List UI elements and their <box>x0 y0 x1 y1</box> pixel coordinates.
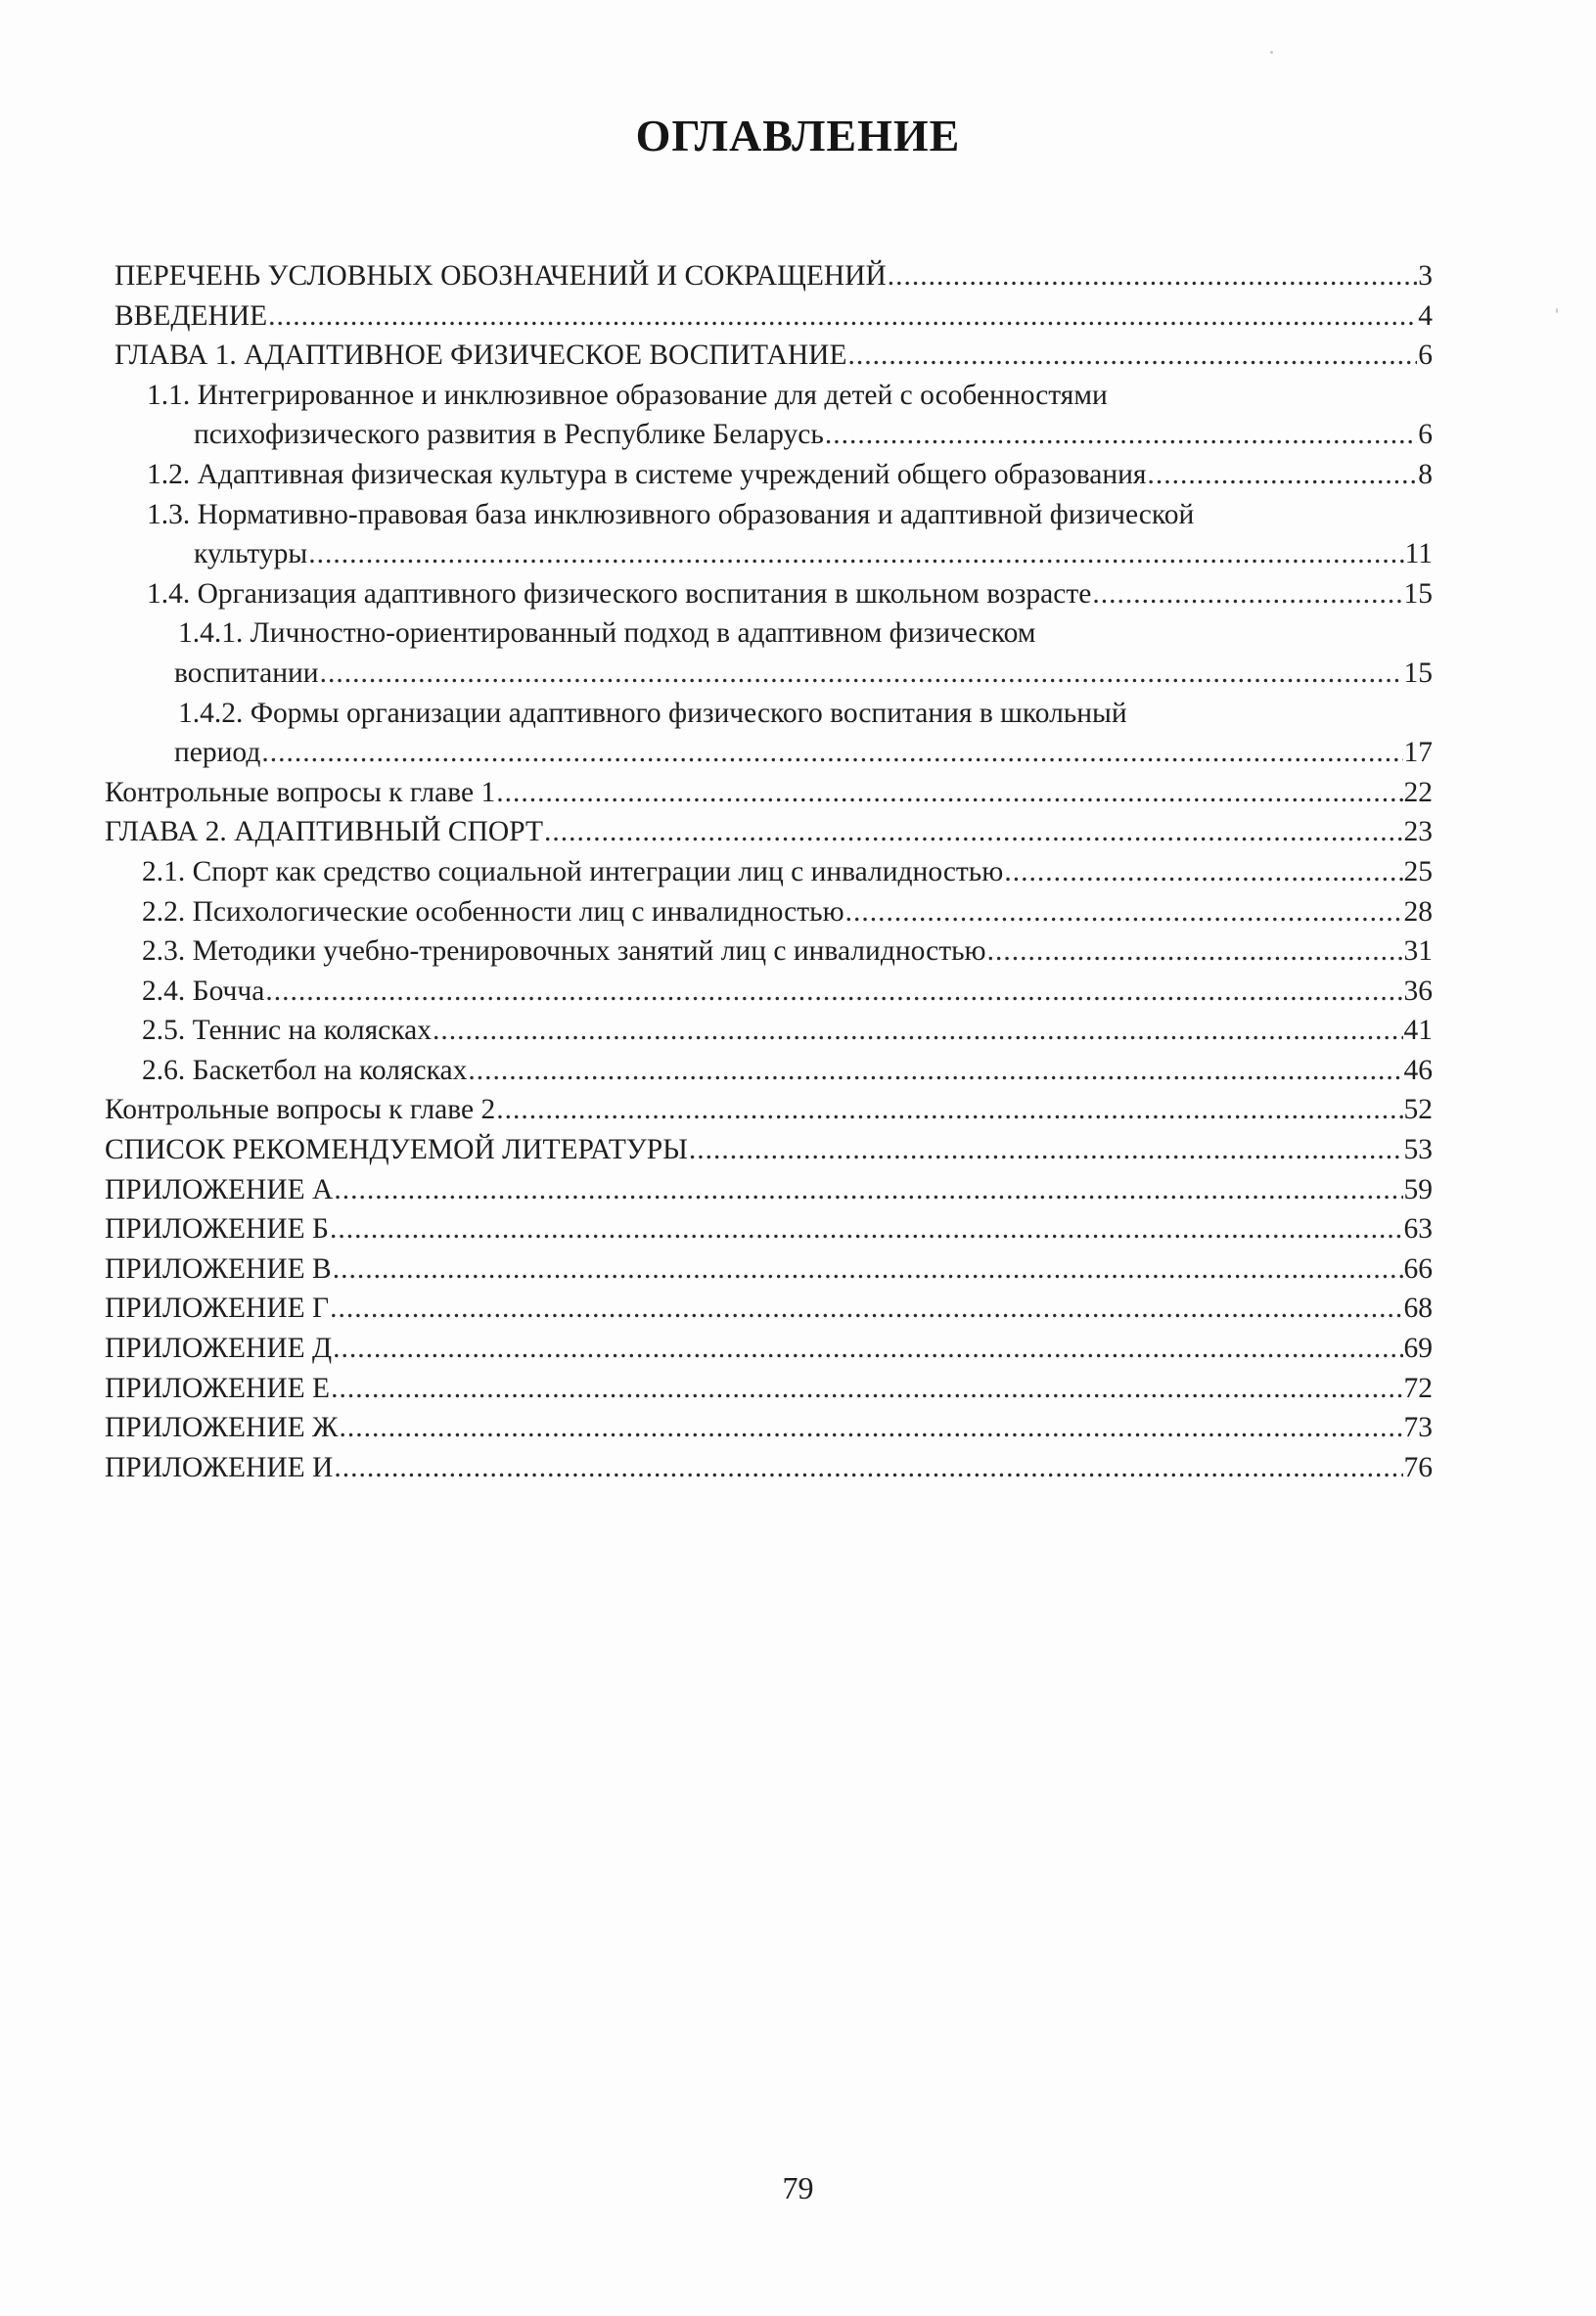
toc-entry-page: 8 <box>1418 455 1433 495</box>
toc-entry-title: 1.3. Нормативно-правовая база инклюзивно… <box>147 495 1194 535</box>
dot-leader <box>331 1369 1402 1409</box>
dot-leader <box>320 654 1403 694</box>
toc-entry[interactable]: 2.1. Спорт как средство социальной интег… <box>114 852 1433 892</box>
toc-entry[interactable]: ГЛАВА 1. АДАПТИВНОЕ ФИЗИЧЕСКОЕ ВОСПИТАНИ… <box>114 336 1433 376</box>
toc-entry-title: 2.4. Бочча <box>142 972 264 1012</box>
toc-entry-title: Контрольные вопросы к главе 2 <box>105 1090 495 1130</box>
toc-entry-page: 25 <box>1404 852 1434 892</box>
page-title: ОГЛАВЛЕНИЕ <box>0 110 1596 161</box>
toc-entry[interactable]: ПРИЛОЖЕНИЕ Г 68 <box>105 1289 1433 1329</box>
dot-leader <box>689 1130 1403 1170</box>
toc-entry-page: 23 <box>1404 812 1434 852</box>
toc-entry-page: 52 <box>1404 1090 1434 1130</box>
toc-entry-title: ПЕРЕЧЕНЬ УСЛОВНЫХ ОБОЗНАЧЕНИЙ И СОКРАЩЕН… <box>114 256 887 296</box>
dot-leader <box>268 296 1417 337</box>
toc-entry-title: 1.1. Интегрированное и инклюзивное образ… <box>147 376 1108 416</box>
toc-entry-page: 4 <box>1418 296 1433 337</box>
toc-entry[interactable]: ПРИЛОЖЕНИЕ В 66 <box>105 1249 1433 1290</box>
dot-leader <box>334 1170 1402 1210</box>
toc-entry[interactable]: 1.4.2. Формы организации адаптивного физ… <box>114 694 1433 734</box>
dot-leader <box>333 1249 1403 1290</box>
toc-entry-page: 59 <box>1404 1170 1434 1210</box>
toc-entry-continuation[interactable]: период 17 <box>114 733 1433 773</box>
toc-entry[interactable]: 2.3. Методики учебно-тренировочных занят… <box>114 931 1433 972</box>
toc-entry-title: 1.4.2. Формы организации адаптивного физ… <box>178 694 1127 734</box>
toc-entry-title: ГЛАВА 1. АДАПТИВНОЕ ФИЗИЧЕСКОЕ ВОСПИТАНИ… <box>114 336 847 376</box>
dot-leader <box>330 1209 1403 1249</box>
toc-entry[interactable]: ПЕРЕЧЕНЬ УСЛОВНЫХ ОБОЗНАЧЕНИЙ И СОКРАЩЕН… <box>114 256 1433 296</box>
toc-entry-title: ПРИЛОЖЕНИЕ И <box>105 1448 333 1488</box>
toc-entry[interactable]: 2.4. Бочча 36 <box>114 972 1433 1012</box>
toc-entry-title: ПРИЛОЖЕНИЕ Д <box>105 1329 332 1369</box>
toc-entry[interactable]: ВВЕДЕНИЕ 4 <box>114 296 1433 337</box>
toc-entry[interactable]: СПИСОК РЕКОМЕНДУЕМОЙ ЛИТЕРАТУРЫ 53 <box>105 1130 1433 1170</box>
toc-entry[interactable]: 1.3. Нормативно-правовая база инклюзивно… <box>114 495 1433 535</box>
dot-leader <box>1004 852 1402 892</box>
toc-entry-page: 11 <box>1405 534 1433 574</box>
toc-entry[interactable]: ПРИЛОЖЕНИЕ А 59 <box>105 1170 1433 1210</box>
toc-entry[interactable]: Контрольные вопросы к главе 1 22 <box>105 773 1433 813</box>
toc-entry[interactable]: 1.2. Адаптивная физическая культура в си… <box>114 455 1433 495</box>
dot-leader <box>330 1289 1402 1329</box>
toc-entry[interactable]: 1.4. Организация адаптивного физического… <box>114 574 1433 614</box>
toc-entry-title: ГЛАВА 2. АДАПТИВНЫЙ СПОРТ <box>105 812 543 852</box>
toc-entry-title: 2.6. Баскетбол на колясках <box>142 1051 467 1091</box>
toc-entry-title: ПРИЛОЖЕНИЕ Ж <box>105 1408 338 1448</box>
toc-entry-title: 1.4. Организация адаптивного физического… <box>147 574 1091 614</box>
toc-entry-title: ПРИЛОЖЕНИЕ А <box>105 1170 333 1210</box>
toc-entry[interactable]: ПРИЛОЖЕНИЕ И 76 <box>105 1448 1433 1488</box>
toc-entry[interactable]: 1.4.1. Личностно-ориентированный подход … <box>114 613 1433 654</box>
toc-entry[interactable]: 2.2. Психологические особенности лиц с и… <box>114 892 1433 932</box>
toc-entry-continuation[interactable]: культуры 11 <box>114 534 1433 574</box>
dot-leader <box>468 1051 1402 1091</box>
toc-entry-title: ПРИЛОЖЕНИЕ Е <box>105 1369 330 1409</box>
dot-leader <box>333 1329 1402 1369</box>
dot-leader <box>1148 455 1418 495</box>
toc-entry-title-cont: период <box>174 733 260 773</box>
dot-leader <box>987 931 1403 972</box>
dot-leader <box>339 1408 1402 1448</box>
dot-leader <box>334 1448 1402 1488</box>
toc-entry-page: 22 <box>1404 773 1434 813</box>
toc-entry[interactable]: ПРИЛОЖЕНИЕ Б 63 <box>105 1209 1433 1249</box>
dot-leader <box>544 812 1403 852</box>
toc-entry[interactable]: ГЛАВА 2. АДАПТИВНЫЙ СПОРТ 23 <box>105 812 1433 852</box>
toc-entry-page: 6 <box>1418 336 1433 376</box>
toc-entry-page: 15 <box>1404 574 1434 614</box>
toc-entry[interactable]: 2.5. Теннис на колясках 41 <box>114 1011 1433 1051</box>
dot-leader <box>496 773 1402 813</box>
toc-entry-title: ПРИЛОЖЕНИЕ Г <box>105 1289 329 1329</box>
dot-leader <box>888 256 1417 296</box>
toc-entry-page: 15 <box>1404 654 1434 694</box>
toc-entry-page: 36 <box>1404 972 1434 1012</box>
dot-leader <box>433 1011 1402 1051</box>
toc-entry-title: 2.3. Методики учебно-тренировочных занят… <box>142 931 986 972</box>
toc-entry-page: 41 <box>1404 1011 1434 1051</box>
toc-entry-title-cont: воспитании <box>174 654 319 694</box>
toc-entry-title: СПИСОК РЕКОМЕНДУЕМОЙ ЛИТЕРАТУРЫ <box>105 1130 688 1170</box>
toc-entry-title: Контрольные вопросы к главе 1 <box>105 773 495 813</box>
toc-entry[interactable]: ПРИЛОЖЕНИЕ Е 72 <box>105 1369 1433 1409</box>
toc-entry[interactable]: ПРИЛОЖЕНИЕ Ж 73 <box>105 1408 1433 1448</box>
dot-leader <box>261 733 1402 773</box>
toc-entry-page: 6 <box>1418 415 1433 455</box>
toc-entry[interactable]: 1.1. Интегрированное и инклюзивное образ… <box>114 376 1433 416</box>
toc-entry[interactable]: 2.6. Баскетбол на колясках 46 <box>114 1051 1433 1091</box>
dot-leader <box>1092 574 1402 614</box>
toc-entry-title-cont: психофизического развития в Республике Б… <box>194 415 824 455</box>
page-number: 79 <box>0 2170 1596 2206</box>
toc-entry-title: 1.4.1. Личностно-ориентированный подход … <box>178 613 1035 654</box>
table-of-contents: ПЕРЕЧЕНЬ УСЛОВНЫХ ОБОЗНАЧЕНИЙ И СОКРАЩЕН… <box>114 256 1433 1487</box>
toc-entry-page: 46 <box>1404 1051 1434 1091</box>
toc-entry-page: 66 <box>1404 1249 1434 1290</box>
toc-entry-page: 3 <box>1418 256 1433 296</box>
toc-entry-title: ПРИЛОЖЕНИЕ В <box>105 1249 332 1290</box>
toc-entry-title: ПРИЛОЖЕНИЕ Б <box>105 1209 329 1249</box>
toc-entry-page: 28 <box>1404 892 1434 932</box>
toc-entry-page: 72 <box>1404 1369 1434 1409</box>
dot-leader <box>496 1090 1402 1130</box>
toc-entry-page: 63 <box>1404 1209 1434 1249</box>
toc-entry[interactable]: Контрольные вопросы к главе 2 52 <box>105 1090 1433 1130</box>
dot-leader <box>308 534 1403 574</box>
toc-entry-page: 68 <box>1404 1289 1434 1329</box>
toc-entry-continuation[interactable]: психофизического развития в Республике Б… <box>114 415 1433 455</box>
toc-entry-continuation[interactable]: воспитании 15 <box>114 654 1433 694</box>
dot-leader <box>825 415 1417 455</box>
toc-entry-title: 2.1. Спорт как средство социальной интег… <box>142 852 1003 892</box>
toc-entry-page: 53 <box>1404 1130 1434 1170</box>
toc-entry-title: ВВЕДЕНИЕ <box>114 296 267 337</box>
scan-speck <box>1556 308 1558 313</box>
toc-entry-title: 2.5. Теннис на колясках <box>142 1011 432 1051</box>
toc-entry-page: 69 <box>1404 1329 1434 1369</box>
dot-leader <box>845 892 1403 932</box>
toc-entry-page: 73 <box>1404 1408 1434 1448</box>
toc-entry-title-cont: культуры <box>194 534 307 574</box>
toc-entry-page: 31 <box>1404 931 1434 972</box>
scan-speck <box>1270 51 1273 54</box>
toc-entry-title: 1.2. Адаптивная физическая культура в си… <box>147 455 1147 495</box>
dot-leader <box>265 972 1402 1012</box>
dot-leader <box>848 336 1418 376</box>
toc-entry[interactable]: ПРИЛОЖЕНИЕ Д 69 <box>105 1329 1433 1369</box>
toc-entry-page: 76 <box>1404 1448 1434 1488</box>
toc-entry-title: 2.2. Психологические особенности лиц с и… <box>142 892 844 932</box>
toc-entry-page: 17 <box>1404 733 1434 773</box>
